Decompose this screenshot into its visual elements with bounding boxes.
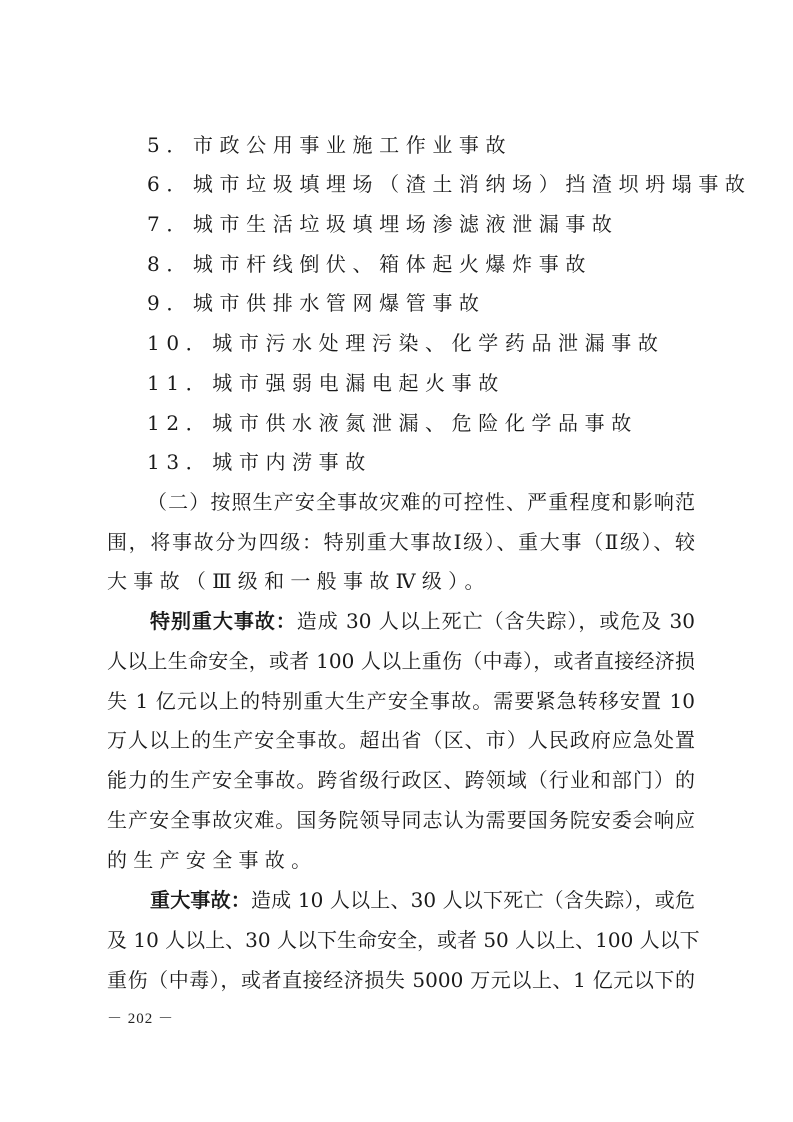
section-heading-especially-major: 特别重大事故： <box>150 609 297 633</box>
list-item: 5．市政公用事业施工作业事故 <box>147 125 737 165</box>
list-item: 12．城市供水液氮泄漏、危险化学品事故 <box>147 403 737 443</box>
paragraph-line: 失 1 亿元以上的特别重大生产安全事故。需要紧急转移安置 10 <box>107 681 695 721</box>
paragraph-line: 大事故（Ⅲ级和一般事故Ⅳ级）。 <box>107 561 697 601</box>
list-item: 13．城市内涝事故 <box>147 442 737 482</box>
paragraph-line: 的生产安全事故。 <box>107 840 697 880</box>
paragraph-line: 围，将事故分为四级：特别重大事故Ⅰ级）、重大事（Ⅱ级）、较 <box>107 522 695 562</box>
paragraph-line: 万人以上的生产安全事故。超出省（区、市）人民政府应急处置 <box>107 720 695 760</box>
list-item: 11．城市强弱电漏电起火事故 <box>147 363 737 403</box>
paragraph-line: 能力的生产安全事故。跨省级行政区、跨领域（行业和部门）的 <box>107 760 695 800</box>
list-item: 8．城市杆线倒伏、箱体起火爆炸事故 <box>147 244 737 284</box>
paragraph-line: 生产安全事故灾难。国务院领导同志认为需要国务院安委会响应 <box>107 800 695 840</box>
list-item: 9．城市供排水管网爆管事故 <box>147 283 737 323</box>
paragraph-line: 人以上生命安全，或者 100 人以上重伤（中毒），或者直接经济损 <box>107 641 695 681</box>
paragraph-text: 造成 30 人以上死亡（含失踪），或危及 30 <box>297 609 695 633</box>
document-page: 5．市政公用事业施工作业事故 6．城市垃圾填埋场（渣土消纳场）挡渣坝坍塌事故 7… <box>0 0 793 1122</box>
list-item: 7．城市生活垃圾填埋场渗滤液泄漏事故 <box>147 204 737 244</box>
paragraph-line: 重伤（中毒），或者直接经济损失 5000 万元以上、1 亿元以下的 <box>107 960 695 1000</box>
list-item: 10．城市污水处理污染、化学药品泄漏事故 <box>147 323 737 363</box>
paragraph-line: 及 10 人以上、30 人以下生命安全，或者 50 人以上、100 人以下 <box>107 920 695 960</box>
section-heading-major: 重大事故： <box>150 888 251 912</box>
page-number: － 202 － <box>107 1008 174 1030</box>
paragraph-text: 造成 10 人以上、30 人以下死亡（含失踪），或危 <box>251 888 695 912</box>
paragraph-first-line: 特别重大事故：造成 30 人以上死亡（含失踪），或危及 30 <box>150 601 695 641</box>
paragraph-first-line: 重大事故：造成 10 人以上、30 人以下死亡（含失踪），或危 <box>150 880 695 920</box>
list-item: 6．城市垃圾填埋场（渣土消纳场）挡渣坝坍塌事故 <box>147 164 737 204</box>
paragraph-line: （二）按照生产安全事故灾难的可控性、严重程度和影响范 <box>147 482 695 522</box>
